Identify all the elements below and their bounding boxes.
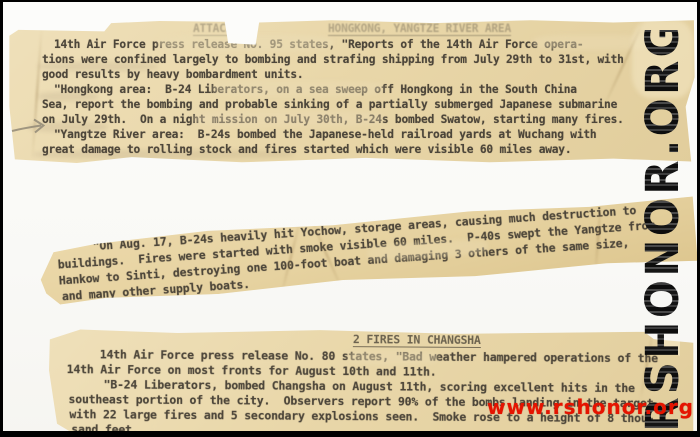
watermark-vertical-text: RSHONOR.ORG xyxy=(636,30,692,432)
clipping-top-heading-fragment: ATTACKS xyxy=(193,22,239,36)
scan-border-left xyxy=(0,0,3,437)
clipping-top: ATTACKS HONGKONG, YANGTZE RIVER AREA 14t… xyxy=(8,18,696,166)
press-line: "Yangtze River area: B-24s bombed the Ja… xyxy=(54,128,596,142)
scan-border-bottom xyxy=(0,431,700,437)
scanned-press-release-photo: ATTACKS HONGKONG, YANGTZE RIVER AREA 14t… xyxy=(0,0,700,437)
press-line: 14th Air Force press release No. 95 stat… xyxy=(54,38,583,52)
press-line: good results by heavy bombardment units. xyxy=(42,68,303,82)
press-line: on July 29th. On a night mission on July… xyxy=(42,113,624,127)
clipping-middle: "On Aug. 17, B-24s heavily hit Yochow, s… xyxy=(36,194,699,308)
clipping-bottom-heading: 2 FIRES IN CHANGSHA xyxy=(353,332,481,348)
clipping-top-heading-fragment: HONGKONG, YANGTZE RIVER AREA xyxy=(328,22,511,36)
hand-drawn-arrow-icon xyxy=(10,116,54,138)
scan-border-top xyxy=(0,0,700,2)
paper-crease xyxy=(31,26,42,161)
press-line: tions were confined largely to bombing a… xyxy=(42,53,624,67)
press-line: "Hongkong area: B-24 Liberators, on a se… xyxy=(54,83,577,97)
clipping-bottom: 2 FIRES IN CHANGSHA 14th Air Force press… xyxy=(47,326,696,437)
watermark-url-text: www.rshonor.org xyxy=(487,395,694,419)
press-line: Sea, report the bombing and probable sin… xyxy=(42,98,617,112)
press-line: great damage to rolling stock and fires … xyxy=(42,143,571,157)
